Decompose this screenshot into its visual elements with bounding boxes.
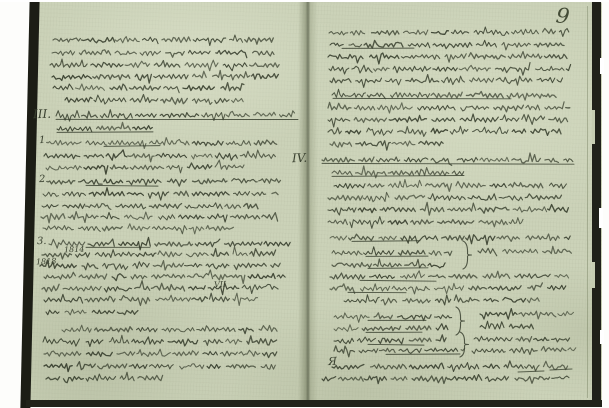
handwriting-line <box>454 295 479 302</box>
handwriting-line <box>504 361 523 368</box>
underline-stroke <box>322 163 574 164</box>
handwriting-line <box>479 220 507 227</box>
handwriting-line <box>125 61 149 67</box>
handwriting-line <box>230 35 243 42</box>
handwriting-line <box>544 361 568 369</box>
handwriting-line <box>334 313 369 323</box>
handwriting-line <box>149 204 181 209</box>
handwriting-line <box>392 141 415 146</box>
handwriting-line <box>374 67 389 71</box>
handwriting-line <box>78 227 100 232</box>
handwriting-line <box>44 364 72 372</box>
handwriting-line <box>183 86 214 91</box>
handwriting-line <box>442 236 465 241</box>
handwriting-line <box>488 286 521 291</box>
handwriting-line <box>513 207 546 212</box>
handwriting-line <box>42 284 59 291</box>
handwriting-line <box>371 364 407 369</box>
handwriting-line <box>401 55 439 60</box>
handwriting-line <box>211 249 228 257</box>
handwriting-line <box>215 99 229 104</box>
handwriting-line <box>208 214 228 222</box>
handwriting-line <box>478 248 497 255</box>
handwriting-line <box>215 153 237 160</box>
handwriting-line <box>328 128 341 134</box>
handwriting-line <box>468 194 496 200</box>
handwriting-line <box>466 235 495 245</box>
handwriting-line <box>95 250 134 258</box>
handwriting-line <box>399 349 421 354</box>
handwriting-line <box>359 157 374 162</box>
handwriting-line <box>187 163 211 169</box>
handwriting-line <box>483 364 499 368</box>
handwriting-line <box>167 179 186 186</box>
handwriting-line <box>91 62 123 67</box>
handwriting-line <box>393 66 431 72</box>
handwriting-line <box>189 227 204 234</box>
handwriting-line <box>356 141 391 150</box>
curly-brace <box>456 307 465 335</box>
handwriting-line <box>388 180 421 188</box>
handwriting-line <box>433 43 472 49</box>
handwriting-line <box>82 37 115 42</box>
handwriting-line <box>63 204 85 209</box>
handwriting-line <box>162 37 190 43</box>
handwriting-line <box>185 60 218 70</box>
handwriting-line <box>334 346 355 357</box>
handwriting-line <box>519 311 556 319</box>
handwriting-line <box>100 110 132 119</box>
handwriting-line <box>192 192 229 196</box>
handwriting-line <box>259 179 281 183</box>
handwriting-line <box>363 192 389 201</box>
handwriting-line <box>232 99 244 103</box>
handwriting-line <box>512 29 539 34</box>
handwriting-line <box>76 84 105 91</box>
handwriting-line <box>429 275 446 278</box>
handwriting-line <box>330 78 351 83</box>
handwriting-line <box>152 226 186 234</box>
handwriting-line <box>95 327 133 332</box>
handwriting-line <box>85 296 115 302</box>
handwriting-line <box>525 194 561 200</box>
handwriting-line <box>109 335 129 343</box>
handwriting-line <box>433 67 457 71</box>
handwriting-line <box>470 78 494 83</box>
overline-mark <box>518 371 544 372</box>
handwriting-line <box>234 192 250 196</box>
handwriting-line <box>233 293 258 305</box>
handwriting-line <box>373 259 401 267</box>
handwriting-line <box>154 74 188 79</box>
item-number-1: 1. <box>39 136 49 146</box>
handwriting-line <box>79 50 110 55</box>
handwriting-line <box>328 102 351 109</box>
handwriting-line <box>457 157 478 162</box>
handwriting-line <box>379 236 396 240</box>
handwriting-line <box>225 204 241 208</box>
handwriting-line <box>86 374 116 381</box>
handwriting-line <box>259 326 277 332</box>
handwriting-line <box>469 53 506 59</box>
handwriting-line <box>555 275 569 279</box>
handwriting-line <box>116 204 146 209</box>
handwriting-line <box>77 362 95 370</box>
handwriting-line <box>548 205 569 213</box>
handwriting-line <box>84 165 108 174</box>
handwriting-line <box>332 251 362 256</box>
handwriting-line <box>150 138 190 146</box>
handwriting-line <box>564 236 570 240</box>
handwriting-line <box>330 273 365 279</box>
handwriting-line <box>526 105 540 110</box>
handwriting-line <box>117 352 135 356</box>
handwriting-line <box>215 160 244 169</box>
handwriting-layer <box>0 0 609 408</box>
underline-stroke <box>352 241 420 242</box>
handwriting-line <box>52 51 75 56</box>
handwriting-line <box>515 274 551 279</box>
handwriting-line <box>552 338 570 342</box>
handwriting-line <box>62 325 91 332</box>
handwriting-line <box>44 351 81 356</box>
handwriting-line <box>428 194 465 201</box>
handwriting-line <box>349 44 362 47</box>
handwriting-line <box>225 242 263 247</box>
underline-stroke <box>368 344 424 345</box>
handwriting-line <box>124 212 152 220</box>
handwriting-line <box>381 298 396 305</box>
handwriting-line <box>159 215 175 220</box>
handwriting-line <box>104 179 123 184</box>
handwriting-line <box>86 352 112 357</box>
handwriting-line <box>380 348 396 352</box>
handwriting-line <box>370 274 395 278</box>
handwriting-line <box>408 43 430 48</box>
handwriting-line <box>152 274 185 279</box>
handwriting-line <box>271 263 281 267</box>
handwriting-line <box>466 92 503 98</box>
handwriting-line <box>480 157 509 162</box>
handwriting-line <box>444 251 452 255</box>
legible-token: 1814 <box>64 246 85 255</box>
handwriting-line <box>330 236 347 240</box>
handwriting-line <box>97 122 131 130</box>
handwriting-line <box>549 183 566 189</box>
handwriting-line <box>436 335 446 342</box>
handwriting-line <box>334 325 358 332</box>
handwriting-line <box>253 51 274 56</box>
section-label-iv: IV. <box>292 152 308 165</box>
handwriting-line <box>206 264 229 269</box>
handwriting-line <box>149 364 173 369</box>
handwriting-line <box>364 247 394 256</box>
page-number: 9 <box>555 5 571 27</box>
handwriting-line <box>322 157 354 162</box>
handwriting-line <box>245 37 274 44</box>
handwriting-line <box>329 66 349 74</box>
handwriting-line <box>388 171 413 175</box>
handwriting-line <box>474 27 509 35</box>
handwriting-line <box>515 377 550 384</box>
handwriting-line <box>525 365 540 371</box>
handwriting-line <box>497 236 520 241</box>
handwriting-line <box>428 263 445 268</box>
handwriting-line <box>459 65 490 71</box>
handwriting-line <box>537 78 555 83</box>
handwriting-line <box>193 38 226 46</box>
handwriting-line <box>104 287 131 292</box>
handwriting-line <box>226 339 242 344</box>
item-number-3: 3. <box>37 237 47 247</box>
handwriting-line <box>43 192 59 196</box>
handwriting-line <box>106 150 127 160</box>
handwriting-line <box>179 215 204 219</box>
handwriting-line <box>130 86 161 91</box>
handwriting-line <box>449 375 482 381</box>
handwriting-line <box>385 79 401 85</box>
handwriting-line <box>388 220 407 224</box>
handwriting-line <box>86 141 107 145</box>
handwriting-line <box>403 299 430 304</box>
handwriting-line <box>252 74 279 80</box>
handwriting-line <box>344 295 379 303</box>
handwriting-line <box>156 153 187 158</box>
handwriting-line <box>389 115 426 122</box>
curly-brace <box>463 241 472 269</box>
handwriting-line <box>480 309 517 320</box>
handwriting-line <box>226 365 255 369</box>
handwriting-line <box>48 140 81 145</box>
handwriting-line <box>484 298 499 302</box>
handwriting-line <box>46 310 59 315</box>
handwriting-line <box>398 250 425 255</box>
handwriting-line <box>364 376 386 384</box>
handwriting-line <box>401 271 425 279</box>
handwriting-line <box>418 105 456 110</box>
underline-stroke <box>86 185 158 186</box>
handwriting-line <box>378 103 413 113</box>
handwriting-line <box>332 170 352 175</box>
handwriting-line <box>131 275 147 280</box>
handwriting-line <box>158 251 182 257</box>
handwriting-line <box>449 274 477 279</box>
handwriting-line <box>426 183 452 191</box>
handwriting-line <box>127 193 143 196</box>
handwriting-line <box>545 158 559 162</box>
handwriting-line <box>500 115 519 121</box>
handwriting-line <box>364 40 403 48</box>
handwriting-line <box>254 140 277 145</box>
handwriting-line <box>512 129 526 133</box>
handwriting-line <box>478 207 509 213</box>
handwriting-line <box>160 113 198 118</box>
handwriting-line <box>522 115 545 125</box>
handwriting-line <box>495 63 530 76</box>
handwriting-line <box>420 202 444 215</box>
underline-stroke <box>104 146 160 147</box>
handwriting-line <box>398 127 426 137</box>
handwriting-line <box>264 241 290 246</box>
handwriting-line <box>185 203 222 209</box>
handwriting-line <box>65 97 92 102</box>
handwriting-line <box>128 224 150 231</box>
handwriting-line <box>120 372 134 380</box>
handwriting-line <box>206 226 233 231</box>
handwriting-line <box>82 263 98 270</box>
handwriting-line <box>53 38 80 42</box>
handwriting-line <box>239 350 260 356</box>
handwriting-line <box>380 207 415 211</box>
underline-stroke <box>57 132 153 133</box>
handwriting-line <box>360 284 389 291</box>
handwriting-line <box>52 75 91 81</box>
handwriting-line <box>41 214 65 223</box>
handwriting-line <box>544 94 556 98</box>
handwriting-line <box>42 205 58 209</box>
handwriting-line <box>119 237 151 250</box>
handwriting-line <box>244 204 258 209</box>
handwriting-line <box>395 195 425 200</box>
handwriting-line <box>338 377 363 382</box>
handwriting-line <box>68 212 98 223</box>
handwriting-line <box>186 253 208 257</box>
handwriting-line <box>277 275 285 278</box>
handwriting-line <box>192 154 213 159</box>
handwriting-line <box>195 239 220 247</box>
handwriting-line <box>213 70 250 80</box>
handwriting-line <box>367 128 393 135</box>
handwriting-line <box>115 37 139 43</box>
handwriting-line <box>135 74 151 83</box>
handwriting-line <box>434 283 463 293</box>
handwriting-line <box>101 212 119 219</box>
handwriting-line <box>328 118 350 127</box>
handwriting-line <box>350 31 364 36</box>
curly-brace <box>460 332 469 357</box>
handwriting-line <box>93 75 130 80</box>
handwriting-line <box>448 203 476 211</box>
handwriting-line <box>168 339 198 346</box>
item-number-2: 2. <box>39 175 49 185</box>
handwriting-line <box>450 126 468 134</box>
handwriting-line <box>46 165 81 170</box>
handwriting-line <box>65 309 86 315</box>
handwriting-line <box>57 127 92 132</box>
handwriting-line <box>110 84 127 90</box>
handwriting-line <box>192 297 208 302</box>
handwriting-line <box>204 339 223 345</box>
handwriting-line <box>117 311 137 315</box>
handwriting-line <box>192 141 223 146</box>
handwriting-line <box>188 50 210 54</box>
handwriting-line <box>509 218 523 224</box>
handwriting-line <box>534 43 564 47</box>
handwriting-line <box>352 65 372 73</box>
handwriting-line <box>357 337 375 342</box>
handwriting-line <box>531 129 549 136</box>
handwriting-line <box>485 376 508 381</box>
handwriting-line <box>330 142 352 147</box>
handwriting-line <box>419 141 443 146</box>
handwriting-line <box>350 217 384 229</box>
handwriting-line <box>403 30 427 35</box>
handwriting-line <box>233 247 247 256</box>
handwriting-line <box>528 283 543 290</box>
handwriting-line <box>405 259 426 267</box>
handwriting-line <box>432 31 449 35</box>
handwriting-line <box>322 377 336 381</box>
handwriting-line <box>429 251 441 256</box>
handwriting-line <box>136 252 156 256</box>
handwriting-line <box>138 375 163 380</box>
handwriting-line <box>130 95 158 103</box>
handwriting-line <box>526 234 560 241</box>
handwriting-line <box>272 192 278 194</box>
handwriting-line <box>372 31 399 36</box>
handwriting-line <box>137 349 171 356</box>
handwriting-line <box>391 92 430 97</box>
handwriting-line <box>234 263 266 270</box>
handwriting-line <box>44 272 75 279</box>
handwriting-line <box>557 78 563 82</box>
handwriting-line <box>349 234 374 240</box>
section-label-iii: III. <box>33 108 51 121</box>
handwriting-line <box>247 336 277 345</box>
handwriting-line <box>250 63 279 67</box>
handwriting-line <box>334 184 365 189</box>
handwriting-line <box>392 286 407 290</box>
handwriting-line <box>210 293 230 302</box>
handwriting-line <box>226 111 249 116</box>
handwriting-line <box>53 84 73 90</box>
handwriting-line <box>88 239 114 246</box>
handwriting-line <box>509 183 543 188</box>
handwriting-line <box>250 249 276 256</box>
underline-stroke <box>368 268 428 269</box>
handwriting-line <box>544 54 567 59</box>
handwriting-line <box>404 158 428 163</box>
handwriting-line <box>164 87 180 93</box>
handwriting-line <box>332 263 371 268</box>
handwriting-line <box>541 347 566 352</box>
handwriting-line <box>435 295 450 305</box>
handwriting-line <box>527 298 539 303</box>
handwriting-line <box>252 192 266 196</box>
handwriting-line <box>216 50 247 57</box>
handwriting-line <box>397 315 431 321</box>
handwriting-line <box>334 338 354 343</box>
handwriting-line <box>166 52 185 58</box>
handwriting-line <box>43 226 73 230</box>
handwriting-line <box>254 112 276 116</box>
handwriting-line <box>496 76 532 85</box>
handwriting-line <box>261 365 275 370</box>
handwriting-line <box>240 150 275 158</box>
handwriting-line <box>84 154 103 158</box>
handwriting-line <box>136 114 157 118</box>
handwriting-line <box>549 117 568 123</box>
handwriting-line <box>536 66 565 70</box>
handwriting-line <box>503 298 526 303</box>
handwriting-line <box>480 321 504 329</box>
handwriting-line <box>137 328 158 332</box>
handwriting-line <box>516 337 532 342</box>
handwriting-line <box>155 242 193 247</box>
handwriting-line <box>490 184 506 188</box>
handwriting-line <box>174 191 188 196</box>
handwriting-line <box>44 294 83 303</box>
